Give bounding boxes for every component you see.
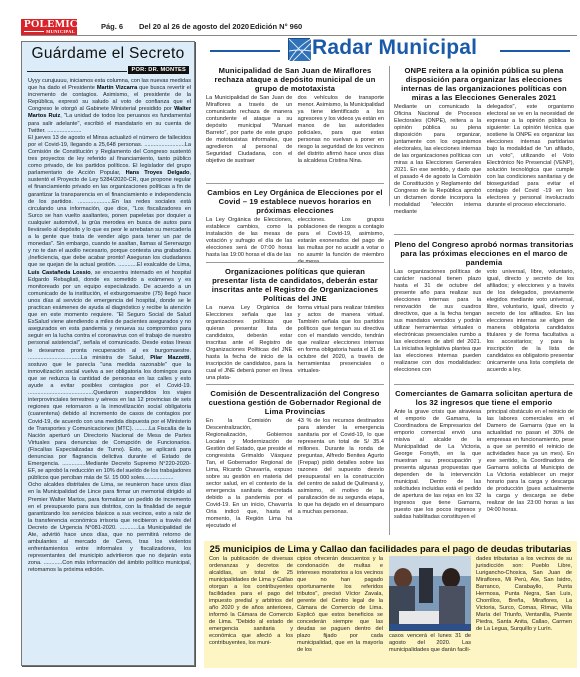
article-divider <box>394 384 574 385</box>
article-divider <box>206 384 384 385</box>
article-col-2: elecciones. Los grupos poblaciones de ri… <box>298 217 384 266</box>
paragraph-text: Ocho alcaldes distritales de Lima, se re… <box>28 482 191 573</box>
article-headline: Pleno del Congreso aprobó normas transit… <box>394 240 574 267</box>
section-header: Radar Municipal <box>210 38 570 63</box>
article-headline: ONPE reitera a la opinión pública su ple… <box>394 66 574 102</box>
article-col-1: En la Comisión de Descentralización, Reg… <box>206 418 292 530</box>
highlighted-name: Pilar Mazzetti <box>150 355 189 361</box>
column-body: Uyyy curujuuuu, iniciamos esta columna, … <box>28 78 191 575</box>
column-paragraph: Uyyy curujuuuu, iniciamos esta columna, … <box>28 78 191 135</box>
section-rule-right <box>500 50 570 52</box>
article-col-1: Ante la grave crisis que atraviesa el em… <box>394 409 481 521</box>
article-col-3: casos vencerá el lunes 31 de agosto del … <box>389 633 471 654</box>
article-col-2: dos vehículos de transporte menor. Asimi… <box>298 95 384 165</box>
article-headline: Comerciantes de Gamarra solicitan apertu… <box>394 389 574 407</box>
article-headline: Cambios en Ley Orgánica de Elecciones po… <box>206 188 384 215</box>
paragraph-text: , se encuentra internado en el hospital … <box>28 270 191 361</box>
article-divider <box>206 262 384 263</box>
article-headline: Municipalidad de San Juan de Miraflores … <box>206 66 384 93</box>
article-headline: 25 municipios de Lima y Callao dan facil… <box>204 544 577 554</box>
article-gamarra: Comerciantes de Gamarra solicitan apertu… <box>394 389 574 521</box>
article-col-1: La Municipalidad de San Juan de Miraflor… <box>206 95 292 165</box>
radar-logo-icon <box>288 38 310 60</box>
highlighted-name: Hans Troyes Delgado <box>126 170 190 176</box>
section-rule-left <box>210 50 280 52</box>
newspaper-page: POLEMICA MUNICIPAL Pág. 6 Del 20 al 26 d… <box>0 0 580 677</box>
article-pleno: Pleno del Congreso aprobó normas transit… <box>394 240 574 374</box>
article-headline: Organizaciones políticas que quieran pre… <box>206 267 384 303</box>
column-paragraph: El jueves 13 de agosto el Minsa actualiz… <box>28 135 191 483</box>
article-col-1: La Ley Orgánica de Elecciones, establece… <box>206 217 292 266</box>
date-range: Del 20 al 26 de agosto del 2020 <box>139 22 249 31</box>
page-number: Pág. 6 <box>101 22 123 31</box>
article-col-2: principal obstáculo en el reinicio de la… <box>487 409 574 521</box>
column-divider <box>389 66 390 206</box>
masthead: POLEMICA MUNICIPAL Pág. 6 Del 20 al 26 d… <box>21 19 577 36</box>
polemica-municipal-logo: POLEMICA MUNICIPAL <box>21 19 77 35</box>
gossip-column: Guárdame el Secreto POR: DR. MONTES Uyyy… <box>21 41 195 666</box>
article-cambios: Cambios en Ley Orgánica de Elecciones po… <box>206 188 384 266</box>
article-divider <box>394 234 574 235</box>
article-descentralizacion: Comisión de Descentralización del Congre… <box>206 389 384 530</box>
byline-rule <box>27 71 127 72</box>
paragraph-text: , sostuvo que le parecía "una medida raz… <box>28 355 191 482</box>
article-col-4: dades tributarias a los vecinos de su ju… <box>476 556 572 633</box>
article-col-1: Mediante un comunicado la Oficina Nacion… <box>394 104 481 216</box>
byline: POR: DR. MONTES <box>128 66 189 74</box>
highlighted-name: Martín Vizcarra <box>97 85 137 91</box>
column-title: Guárdame el Secreto <box>22 45 194 63</box>
article-col-2: forma virtual para realizar trámites y a… <box>298 305 384 382</box>
edition-number: Edición N° 960 <box>250 22 302 31</box>
article-divider <box>206 183 384 184</box>
article-organizaciones: Organizaciones políticas que quieran pre… <box>206 267 384 382</box>
article-col-1: La nueva Ley Orgánica de Elecciones seña… <box>206 305 292 382</box>
paragraph-text: , sustentó el Proyecto de Ley 5284/2020-… <box>28 170 191 268</box>
article-headline: Comisión de Descentralización del Congre… <box>206 389 384 416</box>
article-col-2: 43 % de los recursos destinados para ate… <box>298 418 384 530</box>
section-title: Radar Municipal <box>312 36 477 60</box>
article-col-2: cipios ofrecerán descuentos y la condona… <box>297 556 383 654</box>
article-onpe: ONPE reitera a la opinión pública su ple… <box>394 66 574 216</box>
article-sjm: Municipalidad de San Juan de Miraflores … <box>206 66 384 165</box>
article-col-1: Con la publicación de diversas ordenanza… <box>209 556 293 647</box>
logo-bottom-text: MUNICIPAL <box>46 29 75 34</box>
column-paragraph: Ocho alcaldes distritales de Lima, se re… <box>28 482 191 574</box>
article-col-2: delegados", este organismo electoral se … <box>487 104 574 216</box>
logo-rule <box>24 31 44 32</box>
article-col-1: Las organizaciones políticas de carácter… <box>394 269 481 374</box>
column-divider <box>389 240 390 535</box>
highlighted-name: Luis Castañeda Lossio <box>28 270 91 276</box>
article-col-2: voto universal, libre, voluntario, igual… <box>487 269 574 374</box>
municipal-tax-office-photo <box>389 556 471 631</box>
